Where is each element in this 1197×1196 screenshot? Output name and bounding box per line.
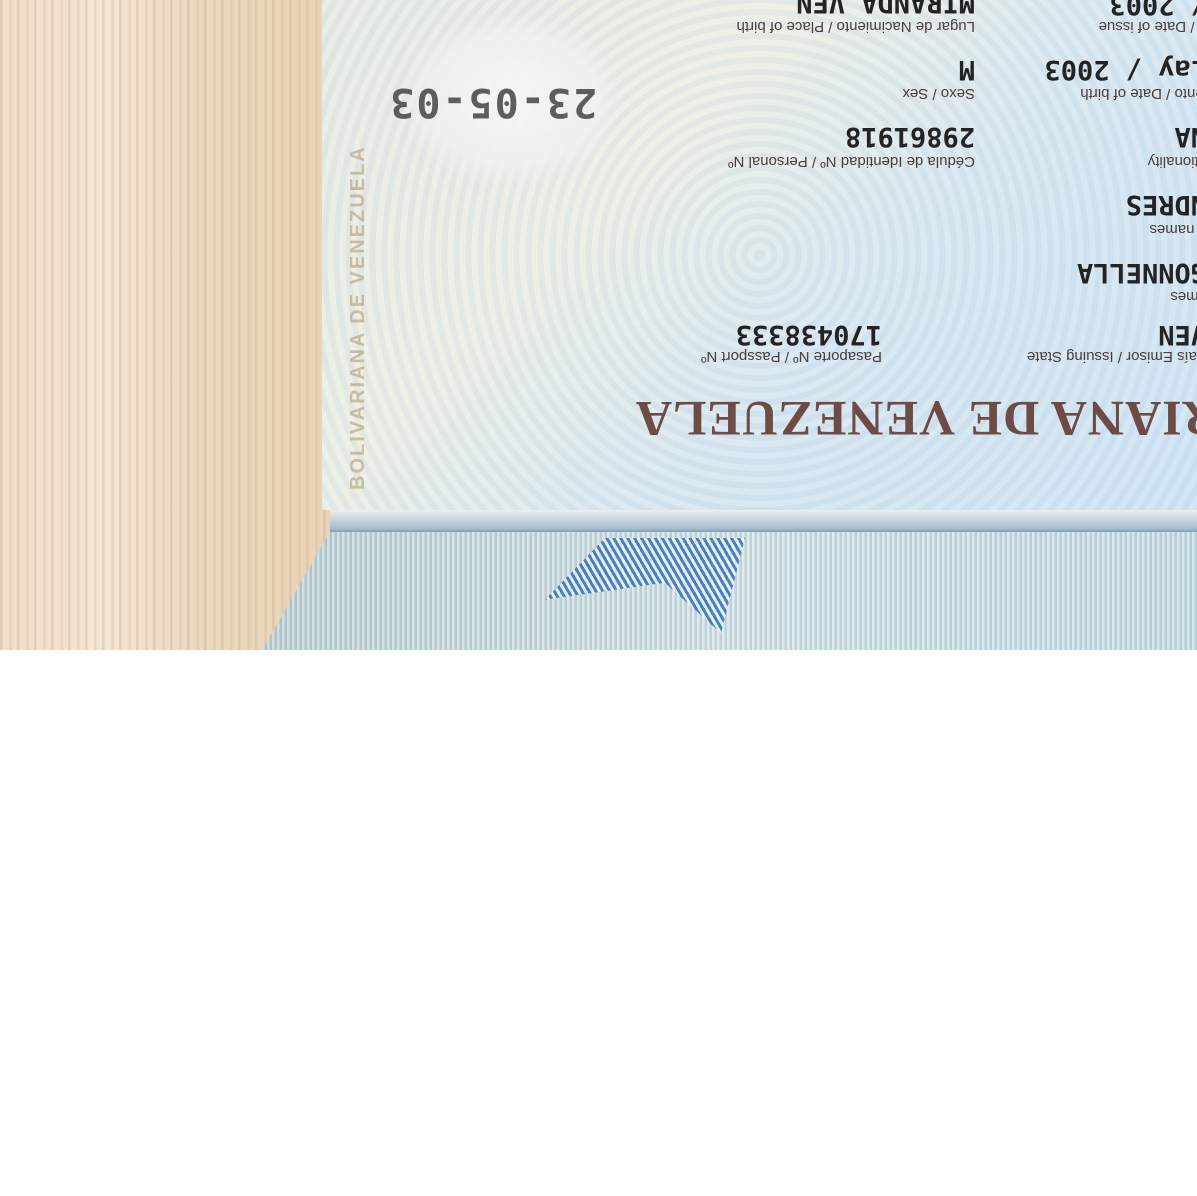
issuing-state-value: VEN bbox=[1158, 319, 1197, 350]
sex-value: M bbox=[959, 54, 975, 85]
place-of-birth-value: MIRANDA VEN bbox=[796, 0, 975, 18]
passport-title: IVARIANA DE VENEZUELA bbox=[635, 390, 1197, 448]
nationality-value: NA bbox=[1174, 121, 1197, 152]
given-names-value: NDRES bbox=[1126, 189, 1197, 220]
place-of-birth-label: Lugar de Nacimiento / Place of birth bbox=[737, 18, 975, 35]
surnames-label: ames bbox=[1170, 288, 1197, 305]
seal-date: 23-05-03 bbox=[388, 79, 597, 125]
date-of-birth-value: lay / 2003 bbox=[1044, 54, 1197, 85]
date-of-issue-label: n / Date of issue bbox=[1099, 18, 1197, 35]
personal-no-value: 29861918 bbox=[845, 121, 975, 152]
surnames-value: GONNELLA bbox=[1077, 257, 1197, 288]
nationality-label: ationality bbox=[1148, 153, 1197, 170]
passport-data-page: IVARIANA DE VENEZUELA País Emisor / Issu… bbox=[322, 0, 1197, 510]
wood-surface bbox=[0, 0, 340, 650]
vertical-security-text: BOLIVARIANA DE VENEZUELA bbox=[347, 145, 370, 490]
passport-no-value: 170438333 bbox=[736, 319, 882, 350]
issuing-state-label: País Emisor / Issuing State bbox=[1027, 348, 1197, 365]
given-names-label: n names bbox=[1149, 221, 1197, 238]
date-of-issue-value: / 2003 bbox=[1109, 0, 1197, 20]
passport-no-label: Pasaporte Nº / Passport Nº bbox=[701, 348, 882, 365]
personal-no-label: Cédula de Identidad Nº / Personal Nº bbox=[728, 153, 975, 170]
date-of-birth-label: iento / Date of birth bbox=[1080, 85, 1197, 102]
sex-label: Sexo / Sex bbox=[902, 85, 975, 102]
passport-photo: IVARIANA DE VENEZUELA País Emisor / Issu… bbox=[0, 0, 1197, 650]
page-stack-edge bbox=[330, 508, 1197, 532]
